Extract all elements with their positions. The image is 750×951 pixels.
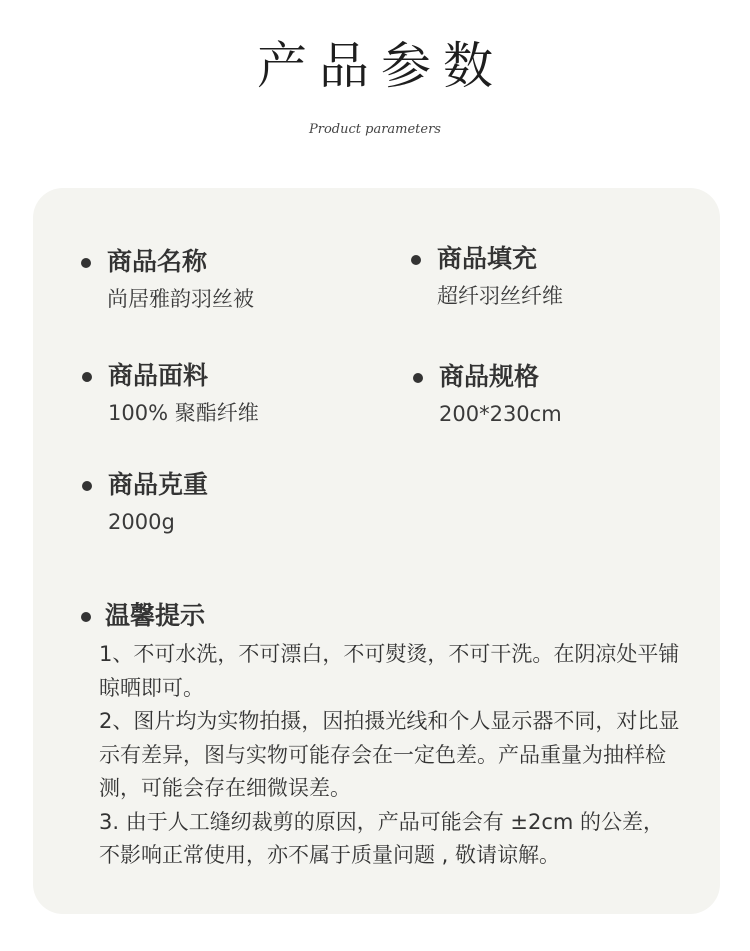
- parameters-card: 商品名称 尚居雅韵羽丝被 商品填充 超纤羽丝纤维 商品面料 100% 聚酯纤维 …: [33, 188, 720, 914]
- param-value: 超纤羽丝纤维: [437, 281, 563, 311]
- page-title: 产品参数: [0, 36, 750, 96]
- bullet-icon: [82, 372, 92, 382]
- param-label: 商品面料: [108, 358, 208, 394]
- param-value: 200*230cm: [439, 399, 562, 429]
- bullet-icon: [81, 612, 91, 622]
- bullet-icon: [411, 255, 421, 265]
- notice-item: 1、不可水洗，不可漂白，不可熨烫，不可干洗。在阴凉处平铺晾晒即可。: [99, 638, 681, 705]
- param-value: 尚居雅韵羽丝被: [107, 284, 254, 314]
- param-value: 100% 聚酯纤维: [108, 398, 259, 428]
- param-label: 商品名称: [107, 244, 207, 280]
- notice-body: 1、不可水洗，不可漂白，不可熨烫，不可干洗。在阴凉处平铺晾晒即可。 2、图片均为…: [99, 638, 681, 873]
- page-subtitle: Product parameters: [0, 120, 750, 140]
- param-label: 商品克重: [108, 467, 208, 503]
- bullet-icon: [82, 481, 92, 491]
- bullet-icon: [81, 258, 91, 268]
- param-value: 2000g: [108, 507, 175, 537]
- param-label: 商品规格: [439, 359, 539, 395]
- param-label: 商品填充: [437, 241, 537, 277]
- bullet-icon: [413, 373, 423, 383]
- notice-item: 3. 由于人工缝纫裁剪的原因，产品可能会有 ±2cm 的公差，不影响正常使用，亦…: [99, 806, 681, 873]
- notice-item: 2、图片均为实物拍摄，因拍摄光线和个人显示器不同，对比显示有差异，图与实物可能存…: [99, 705, 681, 806]
- notice-label: 温馨提示: [105, 596, 205, 636]
